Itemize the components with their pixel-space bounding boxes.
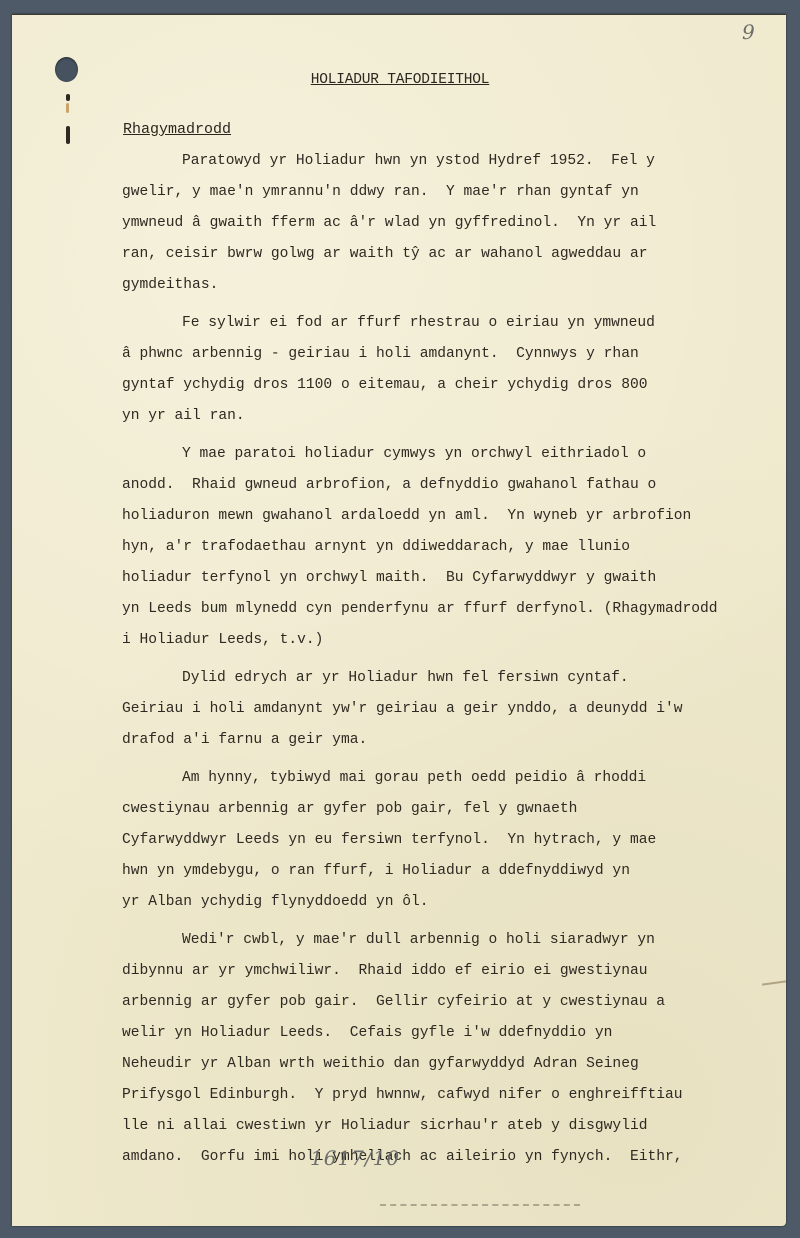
text-line: Paratowyd yr Holiadur hwn yn ystod Hydre… bbox=[122, 146, 782, 177]
text-line: yr Alban ychydig flynyddoedd yn ôl. bbox=[122, 887, 782, 918]
typed-marks bbox=[380, 1204, 580, 1208]
paragraph: Y mae paratoi holiadur cymwys yn orchwyl… bbox=[122, 439, 782, 656]
ink-stain bbox=[66, 94, 70, 101]
text-line: Fe sylwir ei fod ar ffurf rhestrau o eir… bbox=[122, 308, 782, 339]
archive-reference: 1617/10 bbox=[310, 1146, 400, 1170]
text-line: ran, ceisir bwrw golwg ar waith tŷ ac ar… bbox=[122, 239, 782, 270]
text-line: holiaduron mewn gwahanol ardaloedd yn am… bbox=[122, 501, 782, 532]
text-line: yn yr ail ran. bbox=[122, 401, 782, 432]
text-line: hyn, a'r trafodaethau arnynt yn ddiwedda… bbox=[122, 532, 782, 563]
text-line: holiadur terfynol yn orchwyl maith. Bu C… bbox=[122, 563, 782, 594]
text-line: Prifysgol Edinburgh. Y pryd hwnnw, cafwy… bbox=[122, 1080, 782, 1111]
text-line: gymdeithas. bbox=[122, 270, 782, 301]
paragraph: Paratowyd yr Holiadur hwn yn ystod Hydre… bbox=[122, 146, 782, 301]
text-line: Am hynny, tybiwyd mai gorau peth oedd pe… bbox=[122, 763, 782, 794]
text-line: Dylid edrych ar yr Holiadur hwn fel fers… bbox=[122, 663, 782, 694]
paragraph: Dylid edrych ar yr Holiadur hwn fel fers… bbox=[122, 663, 782, 756]
document-title: HOLIADUR TAFODIEITHOL bbox=[0, 72, 800, 88]
text-line: lle ni allai cwestiwn yr Holiadur sicrha… bbox=[122, 1111, 782, 1142]
text-line: gyntaf ychydig dros 1100 o eitemau, a ch… bbox=[122, 370, 782, 401]
text-line: â phwnc arbennig - geiriau i holi amdany… bbox=[122, 339, 782, 370]
text-line: Cyfarwyddwyr Leeds yn eu fersiwn terfyno… bbox=[122, 825, 782, 856]
text-line: Y mae paratoi holiadur cymwys yn orchwyl… bbox=[122, 439, 782, 470]
section-heading: Rhagymadrodd bbox=[123, 121, 231, 138]
paragraph: Am hynny, tybiwyd mai gorau peth oedd pe… bbox=[122, 763, 782, 918]
body-text: Paratowyd yr Holiadur hwn yn ystod Hydre… bbox=[122, 146, 782, 1173]
text-line: Wedi'r cwbl, y mae'r dull arbennig o hol… bbox=[122, 925, 782, 956]
ink-stain bbox=[66, 126, 70, 144]
text-line: anodd. Rhaid gwneud arbrofion, a defnydd… bbox=[122, 470, 782, 501]
text-line: gwelir, y mae'n ymrannu'n ddwy ran. Y ma… bbox=[122, 177, 782, 208]
text-line: Geiriau i holi amdanynt yw'r geiriau a g… bbox=[122, 694, 782, 725]
text-line: dibynnu ar yr ymchwiliwr. Rhaid iddo ef … bbox=[122, 956, 782, 987]
text-line: hwn yn ymdebygu, o ran ffurf, i Holiadur… bbox=[122, 856, 782, 887]
text-line: amdano. Gorfu imi holi ymhellach ac aile… bbox=[122, 1142, 782, 1173]
text-line: drafod a'i farnu a geir yma. bbox=[122, 725, 782, 756]
text-line: arbennig ar gyfer pob gair. Gellir cyfei… bbox=[122, 987, 782, 1018]
text-line: welir yn Holiadur Leeds. Cefais gyfle i'… bbox=[122, 1018, 782, 1049]
paragraph: Fe sylwir ei fod ar ffurf rhestrau o eir… bbox=[122, 308, 782, 432]
text-line: Neheudir yr Alban wrth weithio dan gyfar… bbox=[122, 1049, 782, 1080]
text-line: yn Leeds bum mlynedd cyn penderfynu ar f… bbox=[122, 594, 782, 625]
folio-number: 9 bbox=[742, 20, 755, 44]
rust-stain bbox=[66, 103, 69, 113]
text-line: ymwneud â gwaith fferm ac â'r wlad yn gy… bbox=[122, 208, 782, 239]
paragraph: Wedi'r cwbl, y mae'r dull arbennig o hol… bbox=[122, 925, 782, 1173]
text-line: i Holiadur Leeds, t.v.) bbox=[122, 625, 782, 656]
text-line: cwestiynau arbennig ar gyfer pob gair, f… bbox=[122, 794, 782, 825]
